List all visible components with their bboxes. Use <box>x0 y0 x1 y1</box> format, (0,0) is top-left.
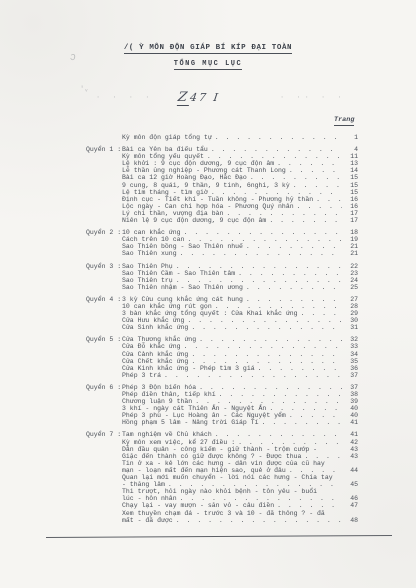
toc-volume-prefix: Quyển 7 : <box>86 431 122 438</box>
dot-leader: . . . . . . . . . . . . . . . . . . . . … <box>161 372 342 379</box>
dot-leader: . . . . . . . . . . . . . . . . . . . . … <box>177 250 342 257</box>
toc-entry-label: Sao Thiên nhậm - Sao Thiên ương <box>122 284 243 291</box>
toc-row: Bài ca 12 giờ Hoàng Đạo, Hắc Đạo. . . . … <box>86 174 358 181</box>
toc-page-number: 22 <box>342 263 358 270</box>
dot-leader: . . . . . . . . . . . . . . . . . . . . … <box>212 134 342 141</box>
toc-page-number: 43 <box>342 453 358 460</box>
toc-page-number: 36 <box>342 365 358 372</box>
toc-page-number: 33 <box>342 343 358 350</box>
dot-leader: . . . . . . . . . . . . . . . . . . . . … <box>243 284 342 291</box>
toc-page-number: 43 <box>342 446 358 453</box>
handwritten-annotation: Z47 I <box>177 90 221 105</box>
toc-row: mất - đã được. . . . . . . . . . . . . .… <box>86 517 358 524</box>
toc-row: Lý chi thần, vượng địa bàn. . . . . . . … <box>86 210 358 217</box>
dot-leader: . . . . . . . . . . . . . . . . . . . . … <box>243 243 342 250</box>
scan-artifact: · · · · <box>96 94 153 102</box>
toc-entry-label: Cửa Chết khắc ứng <box>122 358 188 365</box>
toc-row: Cửa Đỗ khắc ứng. . . . . . . . . . . . .… <box>86 343 358 350</box>
dot-leader: . . . . . . . . . . . . . . . . . . . . … <box>223 210 342 217</box>
dot-leader: . . . . . . . . . . . . . . . . . . . . … <box>188 358 342 365</box>
toc-row: 10 can khắc ứng rút gọn. . . . . . . . .… <box>86 303 358 310</box>
toc-entry-label: 10 can khắc ứng <box>122 229 181 236</box>
dot-leader: . . . . . . . . . . . . . . . . . . . . … <box>212 431 342 438</box>
toc-entry-label: 3 kỳ Cửu cung khắc ứng cát hung <box>122 296 243 303</box>
toc-section: Quyển 6 :Phép 3 Độn biến hóa. . . . . . … <box>86 384 358 427</box>
toc-row: Lộc ngày - Can chi hợp hóa - Phương Quý … <box>86 203 358 210</box>
toc-page-number: 32 <box>342 336 358 343</box>
dot-leader: . . . . . . . . . . . . . . . . . . . . … <box>294 203 342 210</box>
toc-page-number: 14 <box>342 167 358 174</box>
toc-page-number: 39 <box>342 398 358 405</box>
toc-entry-label: Tam nghiệm về Chủ khách <box>122 431 212 438</box>
toc-page-number: 21 <box>342 250 358 257</box>
toc-entry-label: Sao Thiên bồng - Sao Thiên nhuế <box>122 243 243 250</box>
toc-volume-prefix: Quyển 4 : <box>86 296 122 303</box>
toc-page-number: 31 <box>342 324 358 331</box>
dot-leader: . . . . . . . . . . . . . . . . . . . . … <box>235 439 342 446</box>
page-column-header: Trang <box>334 116 354 126</box>
toc-page-number: 38 <box>342 391 358 398</box>
scanned-document-page: /( Ỳ MÔN ĐỘN GIÁP BÍ KÍP ĐẠI TOÀN TỔNG M… <box>0 0 416 588</box>
toc-page-number: 40 <box>342 412 358 419</box>
dot-leader: . . . . . . . . . . . . . . . . . . . . … <box>243 296 342 303</box>
dot-leader: . . . . . . . . . . . . . . . . . . . . … <box>181 343 342 350</box>
toc-page-number: 35 <box>342 358 358 365</box>
toc-row: Kỳ môn xem việc, kể 27 điều :. . . . . .… <box>86 439 358 446</box>
dot-leader: . . . . . . . . . . . . . . . . . . . . … <box>313 196 342 203</box>
scan-artifact: · ·· · · <box>280 94 346 102</box>
toc-entry-label: Phép 3 trá <box>122 372 161 379</box>
toc-page-number: 45 <box>342 481 358 488</box>
toc-entry-label: Sao Thiên Phụ <box>122 263 173 270</box>
dot-leader: . . . . . . . . . . . . . . . . . . . . … <box>235 270 342 277</box>
toc-entry-label: Kỳ môn xem việc, kể 27 điều : <box>122 439 235 446</box>
dot-leader: . . . . . . . . . . . . . . . . . . . . … <box>173 263 342 270</box>
toc-list: Kỳ môn độn giáp tổng tự. . . . . . . . .… <box>86 134 358 524</box>
toc-page-number: 46 <box>342 495 358 502</box>
toc-row: Sao Thiên nhậm - Sao Thiên ương. . . . .… <box>86 284 358 291</box>
dot-leader: . . . . . . . . . . . . . . . . . . . . … <box>286 167 342 174</box>
toc-entry-label: Sao Thiên xung <box>122 250 177 257</box>
bottom-divider-line <box>46 535 392 538</box>
dot-leader: . . . . . . . . . . . . . . . . . . . . … <box>181 229 342 236</box>
toc-page-number: 15 <box>342 182 358 189</box>
toc-entry-label: Lý chi thần, vượng địa bàn <box>122 210 223 217</box>
toc-row: Thi trượt, hỏi ngày nào khỏi bệnh - tôn … <box>86 488 358 495</box>
toc-page-number: 47 <box>342 502 358 509</box>
dot-leader: . . . . . . . . . . . . . . . . . . . . … <box>259 419 342 426</box>
toc-row: Cửa Kinh khắc ứng - Phép tìm 3 giá. . . … <box>86 365 358 372</box>
toc-entry-label: Sao Thiên trụ <box>122 277 173 284</box>
toc-page-number: 48 <box>342 517 358 524</box>
toc-entry-label: Phép 3 Độn biến hóa <box>122 384 196 391</box>
toc-page-number: 27 <box>342 296 358 303</box>
toc-row: Lệ tìm tháng - tìm giờ. . . . . . . . . … <box>86 189 358 196</box>
toc-row: mạn - loạn mất đến mạn hiện sao, quẻ ở đ… <box>86 467 358 474</box>
toc-page-number: 34 <box>342 351 358 358</box>
toc-entry-label: Sao Thiên Cầm - Sao Thiên tâm <box>122 270 235 277</box>
toc-page-number: 11 <box>342 153 358 160</box>
toc-row: Tin ở xa - kẻ lớn các hưng - dân vin đượ… <box>86 460 358 467</box>
toc-volume-prefix: Quyển 3 : <box>86 263 122 270</box>
dot-leader: . . . . . . . . . . . . . . . . . . . . … <box>173 277 342 284</box>
dot-leader: . . . . . . . . . . . . . . . . . . . . … <box>290 182 342 189</box>
toc-entry-label: mạn - loạn mất đến mạn hiện sao, quẻ ở đ… <box>122 467 286 474</box>
toc-page-number: 17 <box>342 210 358 217</box>
toc-entry-label: Thi trượt, hỏi ngày nào khỏi bệnh - tôn … <box>122 488 317 495</box>
toc-section: Quyển 5 :Cửa Thương khắc ứng. . . . . . … <box>86 336 358 379</box>
scan-artifact: 'ᵥ <box>80 86 88 94</box>
toc-entry-label: Cửa Cảnh khắc ứng <box>122 351 188 358</box>
dot-leader: . . . . . . . . . . . . . . . . . . . . … <box>274 502 342 509</box>
toc-entry-label: 10 can khắc ứng rút gọn <box>122 303 212 310</box>
toc-page-number: 24 <box>342 277 358 284</box>
toc-page-number: 37 <box>342 384 358 391</box>
toc-row: Quyển 4 :3 kỳ Cửu cung khắc ứng cát hung… <box>86 296 358 303</box>
toc-page-number: 30 <box>342 317 358 324</box>
toc-page-number: 4 <box>342 146 358 153</box>
toc-page-number: 21 <box>342 243 358 250</box>
toc-page-number: 41 <box>342 431 358 438</box>
toc-row: Cửa Cảnh khắc ứng. . . . . . . . . . . .… <box>86 351 358 358</box>
toc-entry-label: Cửa Sinh khắc ứng <box>122 324 188 331</box>
toc-entry-label: Lộc ngày - Can chi hợp hóa - Phương Quý … <box>122 203 294 210</box>
toc-page-number: 40 <box>342 405 358 412</box>
toc-page-number: 29 <box>342 310 358 317</box>
toc-row: Hồng phạm 5 lâm - Nâng trời Giáp Tí. . .… <box>86 419 358 426</box>
toc-row: 9 cung, 8 quái, 9 thần, 9 tinh, 6nghi, 3… <box>86 182 358 189</box>
toc-page-number: 13 <box>342 160 358 167</box>
toc-page-number: 19 <box>342 236 358 243</box>
toc-section: Quyển 2 :10 can khắc ứng. . . . . . . . … <box>86 229 358 257</box>
toc-entry-label: Kỳ môn độn giáp tổng tự <box>122 134 212 141</box>
dot-leader: . . . . . . . . . . . . . . . . . . . . … <box>286 467 342 474</box>
toc-row: Niên lệ 9 cục độn dương, 9 cục độn âm. .… <box>86 217 358 224</box>
toc-row: Sao Thiên Cầm - Sao Thiên tâm. . . . . .… <box>86 270 358 277</box>
toc-entry-label: Bài ca 12 giờ Hoàng Đạo, Hắc Đạo <box>122 174 247 181</box>
dot-leader: . . . . . . . . . . . . . . . . . . . . … <box>188 324 342 331</box>
toc-row: Quyển 2 :10 can khắc ứng. . . . . . . . … <box>86 229 358 236</box>
toc-row: Cửa Sinh khắc ứng. . . . . . . . . . . .… <box>86 324 358 331</box>
toc-page-number: 23 <box>342 270 358 277</box>
toc-row: Sao Thiên xung. . . . . . . . . . . . . … <box>86 250 358 257</box>
toc-page-number: 37 <box>342 372 358 379</box>
toc-entry-label: Niên lệ 9 cục độn dương, 9 cục độn âm <box>122 217 266 224</box>
toc-entry-label: Cửa Đỗ khắc ứng <box>122 343 181 350</box>
toc-page-number: 1 <box>342 134 358 141</box>
handwritten-annotation-number: 47 I <box>189 91 221 104</box>
dot-leader: . . . . . . . . . . . . . . . . . . . . … <box>173 517 342 524</box>
dot-leader: . . . . . . . . . . . . . . . . . . . . … <box>286 412 342 419</box>
toc-row: Xem thuyền chạm đá - trước 3 và 10 - đã … <box>86 510 358 517</box>
toc-section: Quyển 7 :Tam nghiệm về Chủ khách. . . . … <box>86 431 358 523</box>
toc-section: Kỳ môn độn giáp tổng tự. . . . . . . . .… <box>86 134 358 141</box>
toc-row: Quyển 7 :Tam nghiệm về Chủ khách. . . . … <box>86 431 358 438</box>
toc-row: Cửa Chết khắc ứng. . . . . . . . . . . .… <box>86 358 358 365</box>
toc-page-number: 41 <box>342 419 358 426</box>
dot-leader: . . . . . . . . . . . . . . . . . . . . … <box>196 336 342 343</box>
toc-page-number: 17 <box>342 217 358 224</box>
toc-section: Quyển 1 :Bài ca Yên ba điếu tẩu. . . . .… <box>86 146 358 224</box>
toc-page-number: 42 <box>342 439 358 446</box>
toc-row: Kỳ môn độn giáp tổng tự. . . . . . . . .… <box>86 134 358 141</box>
toc-page-number: 15 <box>342 189 358 196</box>
toc-entry-label: Giặc đến thành có giữ được không ? - Đượ… <box>122 453 301 460</box>
toc-entry-label: Cửa Kinh khắc ứng - Phép tìm 3 giá <box>122 365 255 372</box>
toc-entry-label: Lệ tìm tháng - tìm giờ <box>122 189 208 196</box>
toc-entry-label: Tin ở xa - kẻ lớn các hưng - dân vin đượ… <box>122 460 325 467</box>
dot-leader: . . . . . . . . . . . . . . . . . . . . … <box>255 365 342 372</box>
toc-volume-prefix: Quyển 1 : <box>86 146 122 153</box>
dot-leader: . . . . . . . . . . . . . . . . . . . . … <box>196 384 342 391</box>
toc-row: Dẫn đầu quân - công kiếm - giữ thành - t… <box>86 446 358 453</box>
dot-leader: . . . . . . . . . . . . . . . . . . . . … <box>188 351 342 358</box>
dot-leader: . . . . . . . . . . . . . . . . . . . . … <box>266 217 342 224</box>
dot-leader: . . . . . . . . . . . . . . . . . . . . … <box>247 174 342 181</box>
toc-row: Sao Thiên trụ. . . . . . . . . . . . . .… <box>86 277 358 284</box>
dot-leader: . . . . . . . . . . . . . . . . . . . . … <box>208 146 342 153</box>
dot-leader: . . . . . . . . . . . . . . . . . . . . … <box>208 189 342 196</box>
toc-row: Phép 3 trá. . . . . . . . . . . . . . . … <box>86 372 358 379</box>
toc-entry-label: Hồng phạm 5 lâm - Nâng trời Giáp Tí <box>122 419 259 426</box>
toc-section: Quyển 3 :Sao Thiên Phụ. . . . . . . . . … <box>86 263 358 291</box>
toc-entry-label: Chạy lại - vay mượn - săn vỏ - câu điền <box>122 502 274 509</box>
toc-row: Quyển 3 :Sao Thiên Phụ. . . . . . . . . … <box>86 263 358 270</box>
toc-page-number: 15 <box>342 174 358 181</box>
toc-entry-label: 9 cung, 8 quái, 9 thần, 9 tinh, 6nghi, 3… <box>122 182 290 189</box>
toc-page-number: 16 <box>342 196 358 203</box>
toc-page-number: 18 <box>342 229 358 236</box>
dot-leader: . . . . . . . . . . . . . . . . . . . . … <box>184 317 342 324</box>
toc-row: Định cục - Tiết khí - Tuần không - Phươn… <box>86 196 358 203</box>
toc-row: Quyển 6 :Phép 3 Độn biến hóa. . . . . . … <box>86 384 358 391</box>
toc-page-number: 16 <box>342 203 358 210</box>
toc-row: Quan lại mới muốn chuyển - lời nói các h… <box>86 474 358 481</box>
toc-volume-prefix: Quyển 6 : <box>86 384 122 391</box>
toc-row: Giặc đến thành có giữ được không ? - Đượ… <box>86 453 358 460</box>
toc-volume-prefix: Quyển 2 : <box>86 229 122 236</box>
toc-entry-label: Xem thuyền chạm đá - trước 3 và 10 - đã … <box>122 510 325 517</box>
toc-page-number: 44 <box>342 467 358 474</box>
toc-entry-label: mất - đã được <box>122 517 173 524</box>
toc-row: Sao Thiên bồng - Sao Thiên nhuế. . . . .… <box>86 243 358 250</box>
toc-row: Chạy lại - vay mượn - săn vỏ - câu điền.… <box>86 502 358 509</box>
dot-leader: . . . . . . . . . . . . . . . . . . . . … <box>216 391 342 398</box>
toc-page-number: 28 <box>342 303 358 310</box>
dot-leader: . . . . . . . . . . . . . . . . . . . . … <box>212 303 342 310</box>
toc-entry-label: Dẫn đầu quân - công kiếm - giữ thành - t… <box>122 446 317 453</box>
toc-page-number: 25 <box>342 284 358 291</box>
dot-leader: . . . . . . . . . . . . . . . . . . . . … <box>298 310 342 317</box>
toc-entry-label: Quan lại mới muốn chuyển - lời nói các h… <box>122 474 333 481</box>
toc-entry-label: Định cục - Tiết khí - Tuần không - Phươn… <box>122 196 313 203</box>
dot-leader: . . . . . . . . . . . . . . . . . . . . … <box>301 453 342 460</box>
toc-section: Quyển 4 :3 kỳ Cửu cung khắc ứng cát hung… <box>86 296 358 331</box>
toc-heading: TỔNG MỤC LỤC <box>174 60 242 70</box>
toc-volume-prefix: Quyển 5 : <box>86 336 122 343</box>
